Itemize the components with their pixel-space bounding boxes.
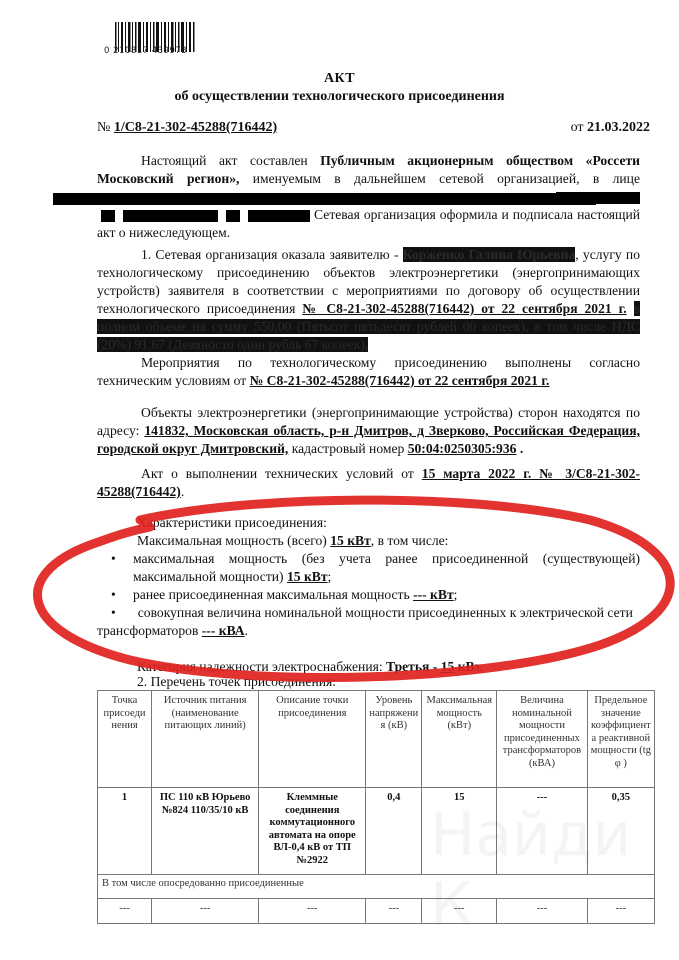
objects-text: кадастровый номер bbox=[288, 441, 407, 456]
column-header: Описание точки присоединения bbox=[259, 691, 366, 788]
list-item: ранее присоединенная максимальная мощнос… bbox=[97, 586, 640, 604]
section-1-paragraph: 1. Сетевая организация оказала заявителю… bbox=[97, 246, 640, 354]
section-2-heading: 2. Перечень точек присоединения: bbox=[97, 673, 679, 691]
cadastral-number: 50:04:0250305:936 bbox=[408, 441, 517, 456]
table-cell: 0,4 bbox=[366, 788, 422, 875]
table-cell: ПС 110 кВ Юрьево №824 110/35/10 кВ bbox=[152, 788, 259, 875]
act-tu-text: . bbox=[181, 484, 184, 499]
redaction-block bbox=[123, 210, 218, 222]
column-header: Величина номинальной мощности присоедине… bbox=[497, 691, 587, 788]
max-power-label: Максимальная мощность (всего) bbox=[137, 533, 330, 548]
table-cell: --- bbox=[366, 899, 422, 924]
technical-conditions-reference: № С8-21-302-45288(716442) от 22 сентября… bbox=[250, 373, 550, 388]
redaction-block bbox=[101, 210, 115, 222]
document-title: АКТ bbox=[0, 71, 679, 87]
date-value: 21.03.2022 bbox=[587, 120, 650, 135]
table-cell: 1 bbox=[98, 788, 152, 875]
category-unit: кВт. bbox=[454, 659, 483, 674]
column-header: Предельное значение коэффициент а реакти… bbox=[587, 691, 654, 788]
list-item-value: --- кВт bbox=[413, 587, 454, 602]
document-subtitle: об осуществлении технологического присое… bbox=[0, 89, 679, 105]
intro-paragraph: Настоящий акт составлен Публичным акцион… bbox=[97, 152, 640, 242]
contract-reference: № С8-21-302-45288(716442) от 22 сентября… bbox=[302, 301, 626, 316]
list-item-suffix: ; bbox=[454, 587, 458, 602]
act-date: от 21.03.2022 bbox=[571, 120, 650, 136]
column-header: Уровень напряжени я (кВ) bbox=[366, 691, 422, 788]
watermark-text: Найди К bbox=[430, 800, 679, 940]
category-kw: 15 bbox=[441, 659, 455, 674]
redaction-block bbox=[248, 210, 310, 222]
redaction-block bbox=[556, 192, 640, 204]
max-power-value: 15 кВт bbox=[330, 533, 371, 548]
redaction-block bbox=[53, 193, 596, 205]
column-header: Источник питания (наименование питающих … bbox=[152, 691, 259, 788]
table-cell: --- bbox=[98, 899, 152, 924]
max-power-line: Максимальная мощность (всего) 15 кВт, в … bbox=[97, 532, 640, 550]
redaction-block bbox=[226, 210, 240, 222]
date-prefix: от bbox=[571, 120, 587, 135]
max-power-suffix: , в том числе: bbox=[371, 533, 449, 548]
table-cell: --- bbox=[152, 899, 259, 924]
objects-text: . bbox=[516, 441, 523, 456]
act-number-line: № 1/С8-21-302-45288(716442) от 21.03.202… bbox=[97, 120, 650, 136]
act-number: 1/С8-21-302-45288(716442) bbox=[114, 120, 277, 135]
number-prefix: № bbox=[97, 120, 114, 135]
act-tu-text: Акт о выполнении технических условий от bbox=[141, 466, 422, 481]
objects-paragraph: Объекты электроэнергетики (энергопринима… bbox=[97, 404, 640, 458]
intro-text: Настоящий акт составлен bbox=[141, 153, 320, 168]
column-header: Точка присоеди нения bbox=[98, 691, 152, 788]
measures-paragraph: Мероприятия по технологическому присоеди… bbox=[97, 354, 640, 390]
column-header: Максимальная мощность (кВт) bbox=[422, 691, 497, 788]
barcode-number: 0 210817 439973 bbox=[104, 46, 187, 56]
list-item-text: максимальная мощность (без учета ранее п… bbox=[133, 551, 640, 584]
table-cell: --- bbox=[259, 899, 366, 924]
transformers-label: совокупная величина номинальной мощности… bbox=[97, 605, 633, 638]
transformers-value: --- кВА bbox=[202, 623, 245, 638]
list-item-text: ранее присоединенная максимальная мощнос… bbox=[133, 587, 413, 602]
characteristics-list: максимальная мощность (без учета ранее п… bbox=[97, 550, 640, 604]
intro-text: именуемым в дальнейшем сетевой организац… bbox=[239, 171, 640, 186]
transformers-suffix: . bbox=[245, 623, 248, 638]
table-header-row: Точка присоеди нения Источник питания (н… bbox=[98, 691, 655, 788]
act-tu-paragraph: Акт о выполнении технических условий от … bbox=[97, 465, 640, 501]
list-item-suffix: ; bbox=[328, 569, 332, 584]
list-item: максимальная мощность (без учета ранее п… bbox=[97, 550, 640, 586]
transformers-line: •совокупная величина номинальной мощност… bbox=[97, 604, 640, 640]
list-item-value: 15 кВт bbox=[287, 569, 328, 584]
document-page: 0 210817 439973 АКТ об осуществлении тех… bbox=[0, 0, 679, 960]
category-value: Третья - bbox=[386, 659, 441, 674]
bullet-icon: • bbox=[111, 605, 116, 620]
section-1-text: 1. Сетевая организация оказала заявителю… bbox=[141, 247, 403, 262]
applicant-name-redacted: Корженко Галина Юрьевна bbox=[403, 247, 576, 262]
characteristics-block: Характеристики присоединения: Максимальн… bbox=[97, 514, 640, 676]
table-cell: Клеммные соединения коммутационного авто… bbox=[259, 788, 366, 875]
characteristics-heading: Характеристики присоединения: bbox=[97, 514, 640, 532]
category-label: Категория надежности электроснабжения: bbox=[137, 659, 386, 674]
